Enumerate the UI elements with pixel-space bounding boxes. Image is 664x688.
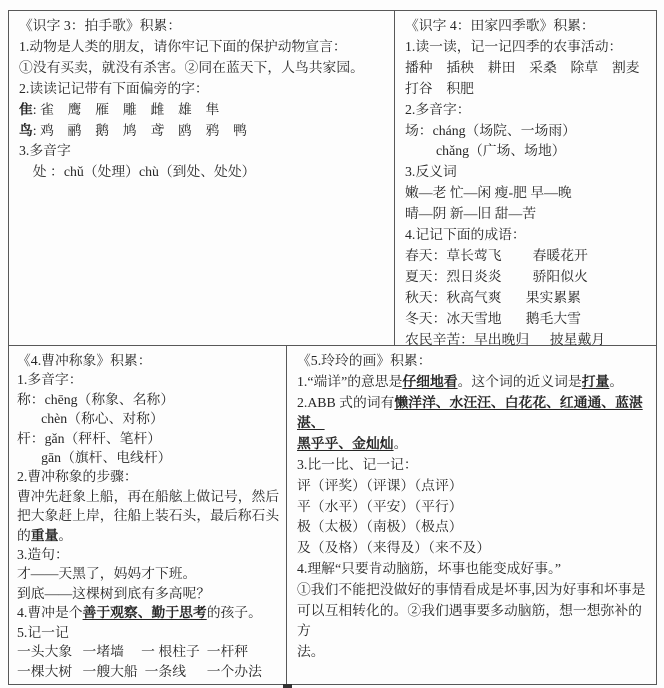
text-segment: 《4.曹冲称象》积累： [17, 353, 152, 368]
text-segment: 一头大象 一堵墙 一 根柱子 一杆秤 [17, 644, 248, 659]
text-segment: 嫩—老 忙—闲 瘦-肥 早—晚 [405, 185, 572, 200]
document-page: 《识字 3：拍手歌》积累：1.动物是人类的朋友，请你牢记下面的保护动物宣言：①没… [0, 0, 664, 688]
text-line: 处 ：chǔ（处理）chù（到处、处处） [19, 162, 390, 183]
text-line: 1.动物是人类的朋友，请你牢记下面的保护动物宣言： [19, 37, 390, 58]
text-segment: 2.曹冲称象的步骤： [17, 469, 138, 484]
text-segment: chǎng（广场、场地） [405, 143, 566, 158]
text-segment: 的孩子。 [207, 605, 262, 620]
text-segment: 《识字 4：田家四季歌》积累： [405, 18, 595, 33]
text-segment: 夏天：烈日炎炎 骄阳似火 [405, 269, 588, 284]
text-line: 晴—阴 新—旧 甜—苦 [405, 204, 652, 225]
text-line: 2.ABB 式的词有懒洋洋、水汪汪、白花花、红通通、蓝湛湛、 [297, 393, 652, 435]
table-row-top: 《识字 3：拍手歌》积累：1.动物是人类的朋友，请你牢记下面的保护动物宣言：①没… [9, 11, 656, 346]
text-line: chèn（称心、对称） [17, 409, 282, 428]
text-segment: 《5.玲玲的画》积累： [297, 353, 432, 368]
text-line: 秋天：秋高气爽 果实累累 [405, 288, 652, 309]
text-segment: 可以互相转化的。②我们遇事要多动脑筋，想一想弥补的方 [297, 603, 642, 639]
emphasized-underlined-text: 仔细地看 [402, 374, 457, 389]
text-segment: 杆：gǎn（秤杆、笔杆） [17, 431, 161, 446]
text-segment: 5.记一记 [17, 625, 69, 640]
text-segment: 1.“端详”的意思是 [297, 374, 402, 389]
text-line: 2.读读记记带有下面偏旁的字： [19, 79, 390, 100]
text-segment: ①我们不能把没做好的事情看成是坏事,因为好事和坏事是 [297, 582, 645, 597]
text-line: 曹冲先赶象上船，再在船舷上做记号，然后 [17, 487, 282, 506]
text-segment: 4.理解“只要肯动脑筋，坏事也能变成好事。” [297, 561, 561, 576]
text-segment: 才——天黑了，妈妈才下班。 [17, 566, 196, 581]
cell-lesson-caochong-weighs-elephant: 《4.曹冲称象》积累：1.多音字：称：chēng（称象、名称） chèn（称心、… [9, 346, 287, 684]
text-line: 隹: 雀 鹰 雁 雕 雌 雄 隼 [19, 100, 390, 121]
table-row-bottom: 《4.曹冲称象》积累：1.多音字：称：chēng（称象、名称） chèn（称心、… [9, 346, 656, 684]
text-line: 平（水平）（平安）（平行） [297, 497, 652, 518]
text-line: 杆：gǎn（秤杆、笔杆） [17, 429, 282, 448]
emphasized-underlined-text: 善于观察、勤于思考 [83, 605, 207, 620]
text-line: 一头大象 一堵墙 一 根柱子 一杆秤 [17, 642, 282, 661]
text-segment: 1.多音字： [17, 372, 83, 387]
text-segment: 4.记记下面的成语： [405, 227, 526, 242]
text-segment: 1.读一读，记一记四季的农事活动： [405, 39, 622, 54]
text-line: 3.多音字 [19, 141, 390, 162]
text-line: ①我们不能把没做好的事情看成是坏事,因为好事和坏事是 [297, 580, 652, 601]
text-segment: 。 [394, 436, 408, 451]
text-segment: 一棵大树 一艘大船 一条线 一个办法 [17, 664, 262, 679]
text-line: 可以互相转化的。②我们遇事要多动脑筋，想一想弥补的方 [297, 601, 652, 643]
bold-text: 隹 [19, 102, 33, 117]
emphasized-underlined-text: 打量 [582, 374, 610, 389]
text-line: ①没有买卖，就没有杀害。②同在蓝天下，人鸟共家园。 [19, 58, 390, 79]
text-segment: 晴—阴 新—旧 甜—苦 [405, 206, 536, 221]
text-segment: 极（太极）（南极）（极点） [297, 519, 463, 534]
text-segment: 3.反义词 [405, 164, 457, 179]
text-line: 1.“端详”的意思是仔细地看。这个词的近义词是打量。 [297, 372, 652, 393]
text-line: 冬天：冰天雪地 鹅毛大雪 [405, 309, 652, 330]
text-line: 才——天黑了，妈妈才下班。 [17, 564, 282, 583]
text-segment: 法。 [297, 644, 325, 659]
text-segment: 2.读读记记带有下面偏旁的字： [19, 81, 209, 96]
text-segment: 1.动物是人类的朋友，请你牢记下面的保护动物宣言： [19, 39, 347, 54]
emphasized-underlined-text: 黑乎乎、金灿灿 [297, 436, 394, 451]
text-segment: 4.曹冲是个 [17, 605, 83, 620]
bold-text: 重量 [31, 528, 59, 543]
text-segment: 评（评奖）（评课）（点评） [297, 478, 463, 493]
text-line: 把大象赶上岸，往船上装石头，最后称石头 [17, 506, 282, 525]
text-segment: 打谷 积肥 [405, 81, 474, 96]
text-segment: : 雀 鹰 雁 雕 雌 雄 隼 [33, 102, 220, 117]
text-line: 法。 [297, 642, 652, 663]
text-segment: gān（旗杆、电线杆） [17, 450, 171, 465]
text-line: 2.多音字： [405, 100, 652, 121]
text-segment: 把大象赶上岸，往船上装石头，最后称石头 [17, 508, 279, 523]
text-line: 4.曹冲是个善于观察、勤于思考的孩子。 [17, 603, 282, 622]
text-line: 及（及格）（来得及）（来不及） [297, 538, 652, 559]
text-line: 极（太极）（南极）（极点） [297, 517, 652, 538]
text-line: 1.读一读，记一记四季的农事活动： [405, 37, 652, 58]
text-line: 夏天：烈日炎炎 骄阳似火 [405, 267, 652, 288]
text-line: 播种 插秧 耕田 采桑 除草 割麦 [405, 58, 652, 79]
text-segment: 处 ：chǔ（处理）chù（到处、处处） [19, 164, 255, 179]
text-line: chǎng（广场、场地） [405, 141, 652, 162]
text-line: 称：chēng（称象、名称） [17, 390, 282, 409]
text-line: 黑乎乎、金灿灿。 [297, 434, 652, 455]
text-line: 场：cháng（场院、一场雨） [405, 121, 652, 142]
text-segment: 平（水平）（平安）（平行） [297, 499, 463, 514]
text-segment: 春天：草长莺飞 春暖花开 [405, 248, 588, 263]
text-segment: 2.多音字： [405, 102, 471, 117]
text-segment: : 鸡 鹂 鹅 鸠 鸢 鸥 鸦 鸭 [33, 123, 247, 138]
text-segment: 农民辛苦：早出晚归 披星戴月 [405, 332, 605, 345]
text-line: 《5.玲玲的画》积累： [297, 351, 652, 372]
text-segment: 曹冲先赶象上船，再在船舷上做记号，然后 [17, 489, 279, 504]
text-line: 春天：草长莺飞 春暖花开 [405, 246, 652, 267]
text-segment: 3.造句： [17, 547, 69, 562]
text-line: 评（评奖）（评课）（点评） [297, 476, 652, 497]
text-segment: 《识字 3：拍手歌》积累： [19, 18, 181, 33]
table-border-stub [283, 684, 292, 688]
text-line: 3.反义词 [405, 162, 652, 183]
cell-lesson-linglings-painting: 《5.玲玲的画》积累：1.“端详”的意思是仔细地看。这个词的近义词是打量。2.A… [287, 346, 656, 684]
text-segment: 到底——这棵树到底有多高呢？ [17, 586, 210, 601]
text-segment: ①没有买卖，就没有杀害。②同在蓝天下，人鸟共家园。 [19, 60, 364, 75]
text-line: 《识字 3：拍手歌》积累： [19, 16, 390, 37]
text-line: gān（旗杆、电线杆） [17, 448, 282, 467]
text-line: 农民辛苦：早出晚归 披星戴月 [405, 330, 652, 345]
text-line: 一棵大树 一艘大船 一条线 一个办法 [17, 662, 282, 681]
text-segment: 。 [609, 374, 623, 389]
text-segment: 播种 插秧 耕田 采桑 除草 割麦 [405, 60, 640, 75]
text-line: 《4.曹冲称象》积累： [17, 351, 282, 370]
text-segment: 。 [58, 528, 72, 543]
text-segment: chèn（称心、对称） [17, 411, 164, 426]
text-segment: 3.比一比、记一记： [297, 457, 418, 472]
text-segment: 2.ABB 式的词有 [297, 395, 394, 410]
notes-table: 《识字 3：拍手歌》积累：1.动物是人类的朋友，请你牢记下面的保护动物宣言：①没… [8, 10, 657, 685]
text-line: 鸟: 鸡 鹂 鹅 鸠 鸢 鸥 鸦 鸭 [19, 121, 390, 142]
text-segment: 。这个词的近义词是 [458, 374, 582, 389]
text-line: 打谷 积肥 [405, 79, 652, 100]
text-line: 3.造句： [17, 545, 282, 564]
text-segment: 场：cháng（场院、一场雨） [405, 123, 576, 138]
text-line: 到底——这棵树到底有多高呢？ [17, 584, 282, 603]
text-segment: 称：chēng（称象、名称） [17, 392, 174, 407]
text-line: 的重量。 [17, 526, 282, 545]
text-line: 嫩—老 忙—闲 瘦-肥 早—晚 [405, 183, 652, 204]
text-segment: 3.多音字 [19, 143, 71, 158]
text-segment: 及（及格）（来得及）（来不及） [297, 540, 490, 555]
text-line: 2.曹冲称象的步骤： [17, 467, 282, 486]
text-line: 1.多音字： [17, 370, 282, 389]
cell-lesson-shizi4-four-seasons-song: 《识字 4：田家四季歌》积累：1.读一读，记一记四季的农事活动：播种 插秧 耕田… [395, 11, 656, 345]
text-line: 《识字 4：田家四季歌》积累： [405, 16, 652, 37]
text-line: 3.比一比、记一记： [297, 455, 652, 476]
text-line: 5.记一记 [17, 623, 282, 642]
text-segment: 冬天：冰天雪地 鹅毛大雪 [405, 311, 581, 326]
cell-lesson-shizi3-clapping-song: 《识字 3：拍手歌》积累：1.动物是人类的朋友，请你牢记下面的保护动物宣言：①没… [9, 11, 395, 345]
text-segment: 的 [17, 528, 31, 543]
text-segment: 秋天：秋高气爽 果实累累 [405, 290, 581, 305]
text-line: 4.记记下面的成语： [405, 225, 652, 246]
bold-text: 鸟 [19, 123, 33, 138]
text-line: 4.理解“只要肯动脑筋，坏事也能变成好事。” [297, 559, 652, 580]
